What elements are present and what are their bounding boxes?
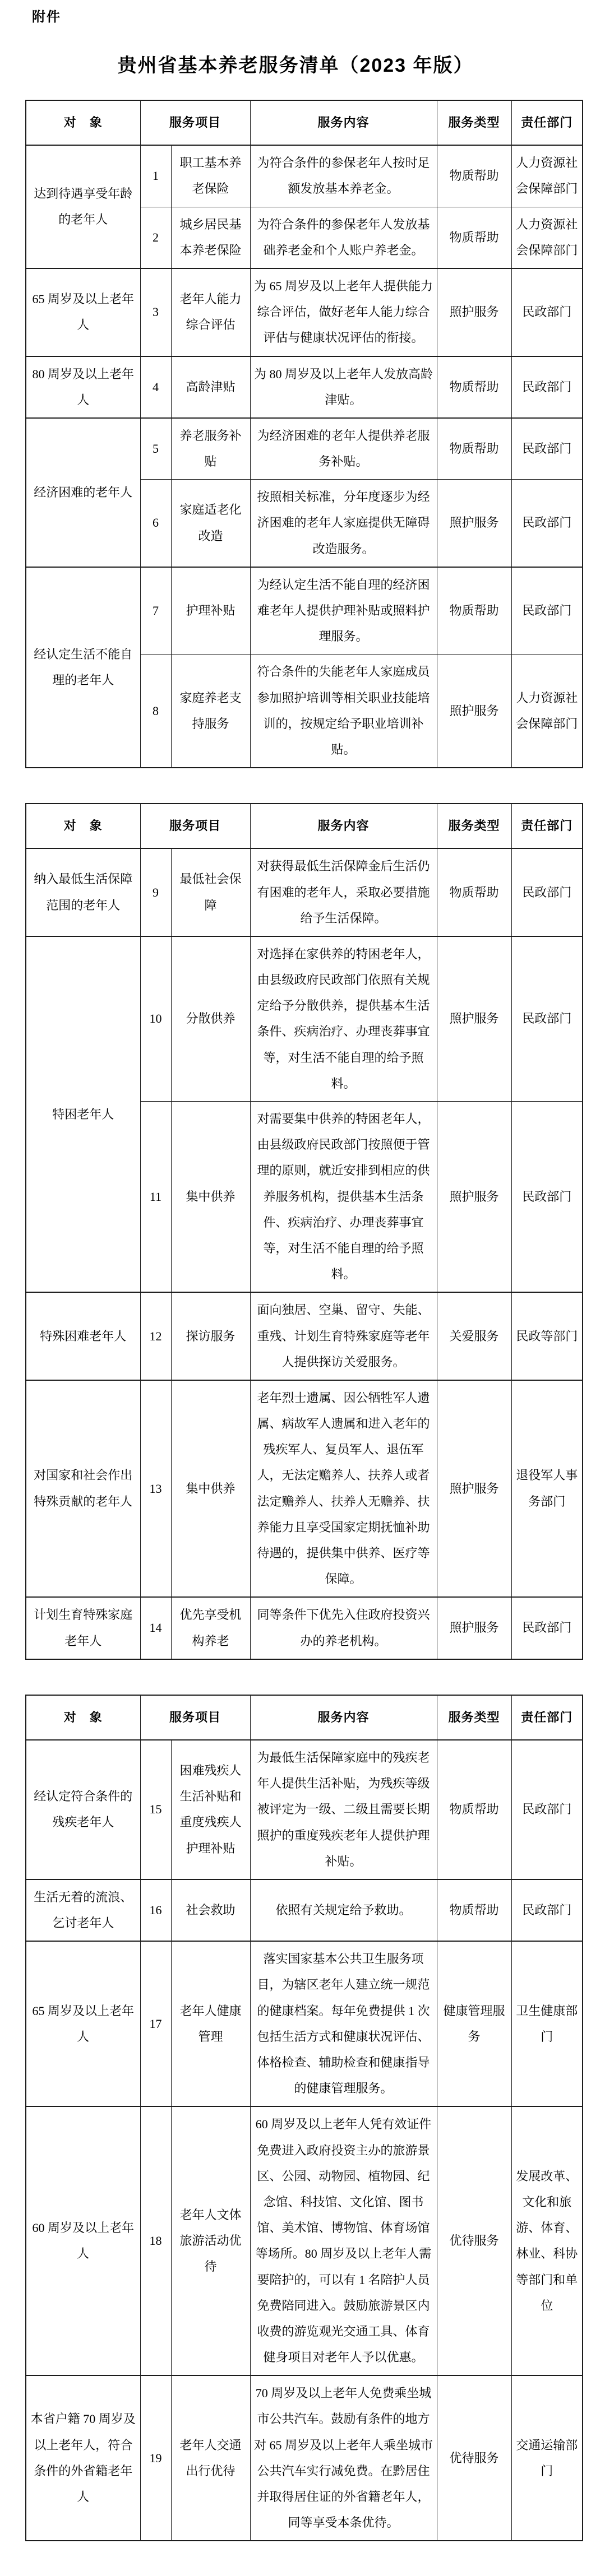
- service-item-cell: 老年人交通出行优待: [171, 2375, 250, 2541]
- header-row: 对 象服务项目服务内容服务类型责任部门: [26, 1695, 583, 1740]
- service-content-cell: 为符合条件的参保老年人发放基础养老金和个人账户养老金。: [250, 207, 437, 268]
- object-cell: 特困老年人: [26, 936, 140, 1292]
- service-content-cell: 对需要集中供养的特困老年人，由县级政府民政部门按照便于管理的原则，就近安排到相应…: [250, 1102, 437, 1293]
- row-number-cell: 11: [140, 1102, 171, 1293]
- row-number-cell: 3: [140, 268, 171, 356]
- responsible-dept-cell: 民政等部门: [511, 1292, 583, 1380]
- row-number-cell: 1: [140, 145, 171, 207]
- responsible-dept-cell: 民政部门: [511, 848, 583, 936]
- table-row: 生活无着的流浪、乞讨老年人16社会救助依照有关规定给予救助。物质帮助民政部门: [26, 1879, 583, 1941]
- object-cell: 特殊困难老年人: [26, 1292, 140, 1380]
- service-item-cell: 老年人健康管理: [171, 1941, 250, 2106]
- column-header-responsible-dept: 责任部门: [511, 100, 583, 145]
- service-content-cell: 为最低生活保障家庭中的残疾老年人提供生活补贴，为残疾等级被评定为一级、二级且需要…: [250, 1740, 437, 1879]
- table-row: 达到待遇享受年龄的老年人1职工基本养老保险为符合条件的参保老年人按时足额发放基本…: [26, 145, 583, 207]
- table-row: 80 周岁及以上老年人4高龄津贴为 80 周岁及以上老年人发放高龄津贴。物质帮助…: [26, 356, 583, 418]
- responsible-dept-cell: 人力资源社会保障部门: [511, 207, 583, 268]
- table-row: 特殊困难老年人12探访服务面向独居、空巢、留守、失能、重残、计划生育特殊家庭等老…: [26, 1292, 583, 1380]
- service-item-cell: 优先享受机构养老: [171, 1597, 250, 1659]
- object-cell: 80 周岁及以上老年人: [26, 356, 140, 418]
- attachment-label: 附件: [0, 0, 591, 25]
- object-cell: 经认定符合条件的残疾老年人: [26, 1740, 140, 1879]
- service-type-cell: 照护服务: [437, 655, 511, 768]
- row-number-cell: 6: [140, 480, 171, 567]
- header-row: 对 象服务项目服务内容服务类型责任部门: [26, 804, 583, 848]
- row-number-cell: 14: [140, 1597, 171, 1659]
- column-header-service-type: 服务类型: [437, 100, 511, 145]
- service-type-cell: 物质帮助: [437, 145, 511, 207]
- column-header-service-content: 服务内容: [250, 804, 437, 848]
- service-type-cell: 照护服务: [437, 936, 511, 1102]
- service-item-cell: 集中供养: [171, 1102, 250, 1293]
- service-type-cell: 物质帮助: [437, 356, 511, 418]
- table-row: 65 周岁及以上老年人17老年人健康管理落实国家基本公共卫生服务项目，为辖区老年…: [26, 1941, 583, 2106]
- column-header-responsible-dept: 责任部门: [511, 1695, 583, 1740]
- responsible-dept-cell: 民政部门: [511, 268, 583, 356]
- table-row: 纳入最低生活保障范围的老年人9最低社会保障对获得最低生活保障金后生活仍有困难的老…: [26, 848, 583, 936]
- service-item-cell: 老年人文体旅游活动优待: [171, 2106, 250, 2375]
- row-number-cell: 8: [140, 655, 171, 768]
- object-cell: 生活无着的流浪、乞讨老年人: [26, 1879, 140, 1941]
- column-header-service-type: 服务类型: [437, 1695, 511, 1740]
- service-content-cell: 为 80 周岁及以上老年人发放高龄津贴。: [250, 356, 437, 418]
- object-cell: 达到待遇享受年龄的老年人: [26, 145, 140, 268]
- responsible-dept-cell: 民政部门: [511, 936, 583, 1102]
- column-header-service-type: 服务类型: [437, 804, 511, 848]
- column-header-object: 对 象: [26, 1695, 140, 1740]
- table-row: 对国家和社会作出特殊贡献的老年人13集中供养老年烈士遗属、因公牺牲军人遗属、病故…: [26, 1380, 583, 1598]
- service-item-cell: 家庭养老支持服务: [171, 655, 250, 768]
- table-row: 计划生育特殊家庭老年人14优先享受机构养老同等条件下优先入住政府投资兴办的养老机…: [26, 1597, 583, 1659]
- service-type-cell: 物质帮助: [437, 418, 511, 480]
- responsible-dept-cell: 交通运输部门: [511, 2375, 583, 2541]
- responsible-dept-cell: 发展改革、文化和旅游、体育、林业、科协等部门和单位: [511, 2106, 583, 2375]
- column-header-object: 对 象: [26, 100, 140, 145]
- service-item-cell: 分散供养: [171, 936, 250, 1102]
- responsible-dept-cell: 民政部门: [511, 418, 583, 480]
- object-cell: 本省户籍 70 周岁及以上老年人，符合条件的外省籍老年人: [26, 2375, 140, 2541]
- tables-container: 对 象服务项目服务内容服务类型责任部门达到待遇享受年龄的老年人1职工基本养老保险…: [25, 100, 582, 2541]
- service-item-cell: 城乡居民基本养老保险: [171, 207, 250, 268]
- row-number-cell: 15: [140, 1740, 171, 1879]
- row-number-cell: 9: [140, 848, 171, 936]
- service-content-cell: 符合条件的失能老年人家庭成员参加照护培训等相关职业技能培训的，按规定给予职业培训…: [250, 655, 437, 768]
- service-content-cell: 按照相关标准，分年度逐步为经济困难的老年人家庭提供无障碍改造服务。: [250, 480, 437, 567]
- responsible-dept-cell: 民政部门: [511, 480, 583, 567]
- service-type-cell: 关爱服务: [437, 1292, 511, 1380]
- service-type-cell: 优待服务: [437, 2106, 511, 2375]
- service-content-cell: 对获得最低生活保障金后生活仍有困难的老年人，采取必要措施给予生活保障。: [250, 848, 437, 936]
- responsible-dept-cell: 民政部门: [511, 1102, 583, 1293]
- table-row: 60 周岁及以上老年人18老年人文体旅游活动优待60 周岁及以上老年人凭有效证件…: [26, 2106, 583, 2375]
- table-row: 65 周岁及以上老年人3老年人能力综合评估为 65 周岁及以上老年人提供能力综合…: [26, 268, 583, 356]
- service-type-cell: 照护服务: [437, 268, 511, 356]
- service-type-cell: 照护服务: [437, 480, 511, 567]
- service-type-cell: 物质帮助: [437, 1740, 511, 1879]
- object-cell: 经济困难的老年人: [26, 418, 140, 567]
- service-type-cell: 物质帮助: [437, 567, 511, 655]
- service-item-cell: 集中供养: [171, 1380, 250, 1598]
- service-content-cell: 为符合条件的参保老年人按时足额发放基本养老金。: [250, 145, 437, 207]
- object-cell: 经认定生活不能自理的老年人: [26, 567, 140, 768]
- service-content-cell: 同等条件下优先入住政府投资兴办的养老机构。: [250, 1597, 437, 1659]
- service-item-cell: 护理补贴: [171, 567, 250, 655]
- service-type-cell: 照护服务: [437, 1597, 511, 1659]
- table-row: 经济困难的老年人5养老服务补贴为经济困难的老年人提供养老服务补贴。物质帮助民政部…: [26, 418, 583, 480]
- service-type-cell: 物质帮助: [437, 848, 511, 936]
- header-row: 对 象服务项目服务内容服务类型责任部门: [26, 100, 583, 145]
- row-number-cell: 10: [140, 936, 171, 1102]
- responsible-dept-cell: 退役军人事务部门: [511, 1380, 583, 1598]
- service-item-cell: 最低社会保障: [171, 848, 250, 936]
- row-number-cell: 4: [140, 356, 171, 418]
- responsible-dept-cell: 民政部门: [511, 356, 583, 418]
- column-header-object: 对 象: [26, 804, 140, 848]
- object-cell: 65 周岁及以上老年人: [26, 1941, 140, 2106]
- service-content-cell: 面向独居、空巢、留守、失能、重残、计划生育特殊家庭等老年人提供探访关爱服务。: [250, 1292, 437, 1380]
- service-content-cell: 70 周岁及以上老年人免费乘坐城市公共汽车。鼓励有条件的地方对 65 周岁及以上…: [250, 2375, 437, 2541]
- responsible-dept-cell: 人力资源社会保障部门: [511, 655, 583, 768]
- page-title: 贵州省基本养老服务清单（2023 年版）: [0, 50, 591, 77]
- service-content-cell: 为经认定生活不能自理的经济困难老年人提供护理补贴或照料护理服务。: [250, 567, 437, 655]
- service-content-cell: 对选择在家供养的特困老年人，由县级政府民政部门依照有关规定给予分散供养，提供基本…: [250, 936, 437, 1102]
- responsible-dept-cell: 民政部门: [511, 567, 583, 655]
- document-page: { "attachment_label": "附件", "title": "贵州…: [0, 0, 591, 2541]
- column-header-service-content: 服务内容: [250, 100, 437, 145]
- object-cell: 计划生育特殊家庭老年人: [26, 1597, 140, 1659]
- service-item-cell: 困难残疾人生活补贴和重度残疾人护理补贴: [171, 1740, 250, 1879]
- column-header-service-item: 服务项目: [140, 804, 250, 848]
- service-item-cell: 养老服务补贴: [171, 418, 250, 480]
- responsible-dept-cell: 卫生健康部门: [511, 1941, 583, 2106]
- column-header-service-content: 服务内容: [250, 1695, 437, 1740]
- service-type-cell: 物质帮助: [437, 1879, 511, 1941]
- row-number-cell: 18: [140, 2106, 171, 2375]
- service-type-cell: 健康管理服务: [437, 1941, 511, 2106]
- row-number-cell: 19: [140, 2375, 171, 2541]
- service-item-cell: 家庭适老化改造: [171, 480, 250, 567]
- table-row: 本省户籍 70 周岁及以上老年人，符合条件的外省籍老年人19老年人交通出行优待7…: [26, 2375, 583, 2541]
- table-row: 经认定符合条件的残疾老年人15困难残疾人生活补贴和重度残疾人护理补贴为最低生活保…: [26, 1740, 583, 1879]
- service-content-cell: 老年烈士遗属、因公牺牲军人遗属、病故军人遗属和进入老年的残疾军人、复员军人、退伍…: [250, 1380, 437, 1598]
- service-type-cell: 物质帮助: [437, 207, 511, 268]
- service-content-cell: 60 周岁及以上老年人凭有效证件免费进入政府投资主办的旅游景区、公园、动物园、植…: [250, 2106, 437, 2375]
- row-number-cell: 13: [140, 1380, 171, 1598]
- responsible-dept-cell: 民政部门: [511, 1740, 583, 1879]
- service-type-cell: 优待服务: [437, 2375, 511, 2541]
- row-number-cell: 7: [140, 567, 171, 655]
- service-item-cell: 职工基本养老保险: [171, 145, 250, 207]
- object-cell: 65 周岁及以上老年人: [26, 268, 140, 356]
- row-number-cell: 5: [140, 418, 171, 480]
- service-item-cell: 高龄津贴: [171, 356, 250, 418]
- service-item-cell: 老年人能力综合评估: [171, 268, 250, 356]
- service-content-cell: 为经济困难的老年人提供养老服务补贴。: [250, 418, 437, 480]
- service-content-cell: 落实国家基本公共卫生服务项目，为辖区老年人建立统一规范的健康档案。每年免费提供 …: [250, 1941, 437, 2106]
- row-number-cell: 2: [140, 207, 171, 268]
- column-header-responsible-dept: 责任部门: [511, 804, 583, 848]
- table-row: 特困老年人10分散供养对选择在家供养的特困老年人，由县级政府民政部门依照有关规定…: [26, 936, 583, 1102]
- row-number-cell: 16: [140, 1879, 171, 1941]
- table-row: 经认定生活不能自理的老年人7护理补贴为经认定生活不能自理的经济困难老年人提供护理…: [26, 567, 583, 655]
- column-header-service-item: 服务项目: [140, 1695, 250, 1740]
- object-cell: 对国家和社会作出特殊贡献的老年人: [26, 1380, 140, 1598]
- responsible-dept-cell: 民政部门: [511, 1879, 583, 1941]
- responsible-dept-cell: 民政部门: [511, 1597, 583, 1659]
- service-item-cell: 社会救助: [171, 1879, 250, 1941]
- object-cell: 纳入最低生活保障范围的老年人: [26, 848, 140, 936]
- service-item-cell: 探访服务: [171, 1292, 250, 1380]
- service-content-cell: 为 65 周岁及以上老年人提供能力综合评估，做好老年人能力综合评估与健康状况评估…: [250, 268, 437, 356]
- service-list-table-2: 对 象服务项目服务内容服务类型责任部门纳入最低生活保障范围的老年人9最低社会保障…: [25, 803, 583, 1660]
- column-header-service-item: 服务项目: [140, 100, 250, 145]
- responsible-dept-cell: 人力资源社会保障部门: [511, 145, 583, 207]
- row-number-cell: 17: [140, 1941, 171, 2106]
- service-list-table-3: 对 象服务项目服务内容服务类型责任部门经认定符合条件的残疾老年人15困难残疾人生…: [25, 1695, 583, 2542]
- service-content-cell: 依照有关规定给予救助。: [250, 1879, 437, 1941]
- service-list-table-1: 对 象服务项目服务内容服务类型责任部门达到待遇享受年龄的老年人1职工基本养老保险…: [25, 100, 583, 768]
- row-number-cell: 12: [140, 1292, 171, 1380]
- service-type-cell: 照护服务: [437, 1102, 511, 1293]
- object-cell: 60 周岁及以上老年人: [26, 2106, 140, 2375]
- service-type-cell: 照护服务: [437, 1380, 511, 1598]
